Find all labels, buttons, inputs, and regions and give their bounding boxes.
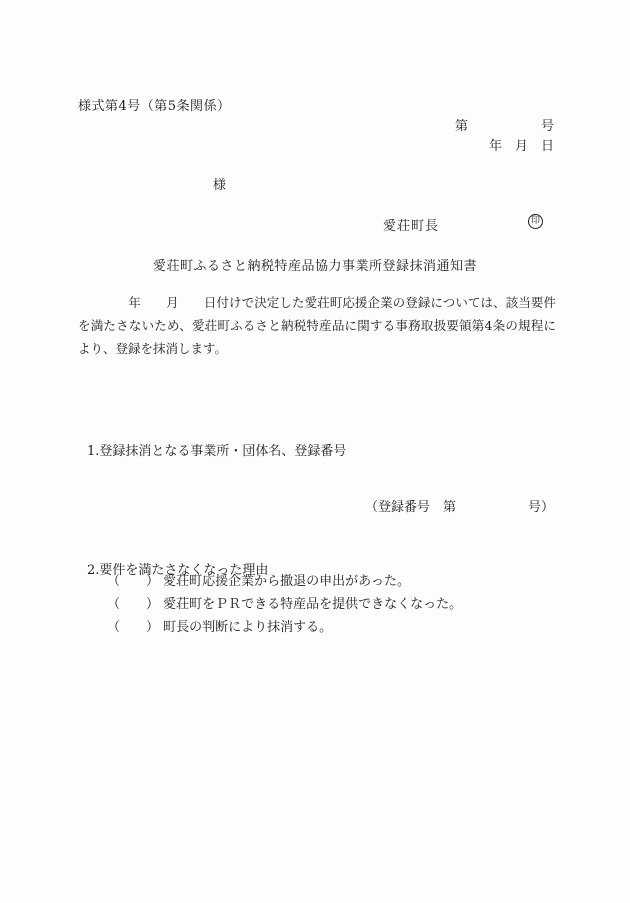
month-label: 月: [515, 135, 528, 154]
registration-number-suffix: 号）: [528, 496, 554, 515]
doc-number-line: 第 号: [455, 115, 554, 134]
year-label: 年: [489, 135, 502, 154]
body-paragraph: 年 月 日付けで決定した愛荘町応援企業の登録については、該当要件を満たさないため…: [78, 291, 556, 360]
doc-number-prefix: 第: [455, 115, 468, 134]
reason-list: （ ） 愛荘町応援企業から撤退の申出があった。 （ ） 愛荘町をＰＲできる特産品…: [107, 570, 547, 639]
day-label: 日: [541, 135, 554, 154]
reason-item: （ ） 愛荘町をＰＲできる特産品を提供できなくなった。: [107, 593, 547, 616]
mayor-title: 愛荘町長: [383, 215, 439, 234]
seal-icon: 印: [528, 214, 543, 229]
doc-number-suffix: 号: [541, 115, 554, 134]
registration-number-line: （登録番号 第 号）: [365, 496, 554, 515]
document-title: 愛荘町ふるさと納税特産品協力事業所登録抹消通知書: [0, 255, 630, 274]
date-line: 年 月 日: [489, 135, 554, 154]
seal-character: 印: [531, 217, 540, 226]
form-number-label: 様式第4号（第5条関係）: [78, 95, 231, 114]
section1-heading: 1.登録抹消となる事業所・団体名、登録番号: [87, 440, 346, 459]
addressee-honorific: 様: [213, 174, 226, 193]
reason-item: （ ） 町長の判断により抹消する。: [107, 616, 547, 639]
registration-number-prefix: （登録番号 第: [365, 496, 456, 515]
document-page: 様式第4号（第5条関係） 第 号 年 月 日 様 愛荘町長 印 愛荘町ふるさと納…: [0, 0, 630, 903]
reason-item: （ ） 愛荘町応援企業から撤退の申出があった。: [107, 570, 547, 593]
